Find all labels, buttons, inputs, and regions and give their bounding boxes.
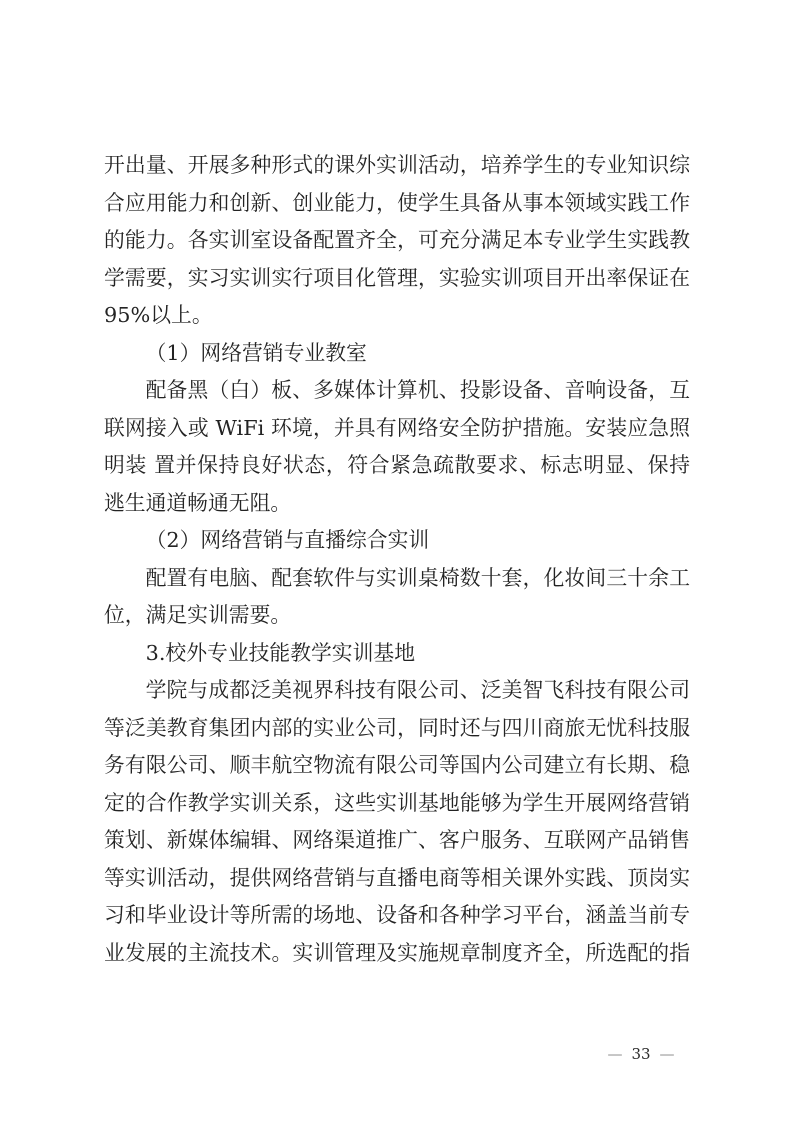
text-line: （1）网络营销专业教室 xyxy=(104,335,690,373)
text-line: 配备黑（白）板、多媒体计算机、投影设备、音响设备，互 xyxy=(104,372,690,410)
text-line: 等实训活动，提供网络营销与直播电商等相关课外实践、顶岗实 xyxy=(104,860,690,898)
text-line: 95%以上。 xyxy=(104,297,690,335)
text-line: 等泛美教育集团内部的实业公司，同时还与四川商旅无忧科技服 xyxy=(104,710,690,748)
text-line: 策划、新媒体编辑、网络渠道推广、客户服务、互联网产品销售 xyxy=(104,822,690,860)
text-line: 开出量、开展多种形式的课外实训活动，培养学生的专业知识综 xyxy=(104,147,690,185)
page-footer: —33— xyxy=(599,1043,683,1065)
text-line: 逃生通道畅通无阻。 xyxy=(104,485,690,523)
text-line: （2）网络营销与直播综合实训 xyxy=(104,522,690,560)
text-line: 学院与成都泛美视界科技有限公司、泛美智飞科技有限公司 xyxy=(104,672,690,710)
text-line: 定的合作教学实训关系，这些实训基地能够为学生开展网络营销 xyxy=(104,785,690,823)
text-line: 配置有电脑、配套软件与实训桌椅数十套，化妆间三十余工 xyxy=(104,560,690,598)
text-line: 学需要，实习实训实行项目化管理，实验实训项目开出率保证在 xyxy=(104,260,690,298)
text-line: 位，满足实训需要。 xyxy=(104,597,690,635)
text-line: 习和毕业设计等所需的场地、设备和各种学习平台，涵盖当前专 xyxy=(104,897,690,935)
footer-left-dash: — xyxy=(607,1045,622,1063)
text-line: 合应用能力和创新、创业能力，使学生具备从事本领域实践工作 xyxy=(104,185,690,223)
text-line: 务有限公司、顺丰航空物流有限公司等国内公司建立有长期、稳 xyxy=(104,747,690,785)
text-line: 3.校外专业技能教学实训基地 xyxy=(104,635,690,673)
text-line: 业发展的主流技术。实训管理及实施规章制度齐全，所选配的指 xyxy=(104,935,690,973)
page-number: 33 xyxy=(631,1045,650,1063)
text-line: 联网接入或 WiFi 环境，并具有网络安全防护措施。安装应急照 xyxy=(104,410,690,448)
document-page: 开出量、开展多种形式的课外实训活动，培养学生的专业知识综合应用能力和创新、创业能… xyxy=(0,0,793,1122)
footer-right-dash: — xyxy=(660,1045,675,1063)
body-text: 开出量、开展多种形式的课外实训活动，培养学生的专业知识综合应用能力和创新、创业能… xyxy=(104,147,690,972)
text-line: 明装 置并保持良好状态，符合紧急疏散要求、标志明显、保持 xyxy=(104,447,690,485)
text-line: 的能力。各实训室设备配置齐全，可充分满足本专业学生实践教 xyxy=(104,222,690,260)
